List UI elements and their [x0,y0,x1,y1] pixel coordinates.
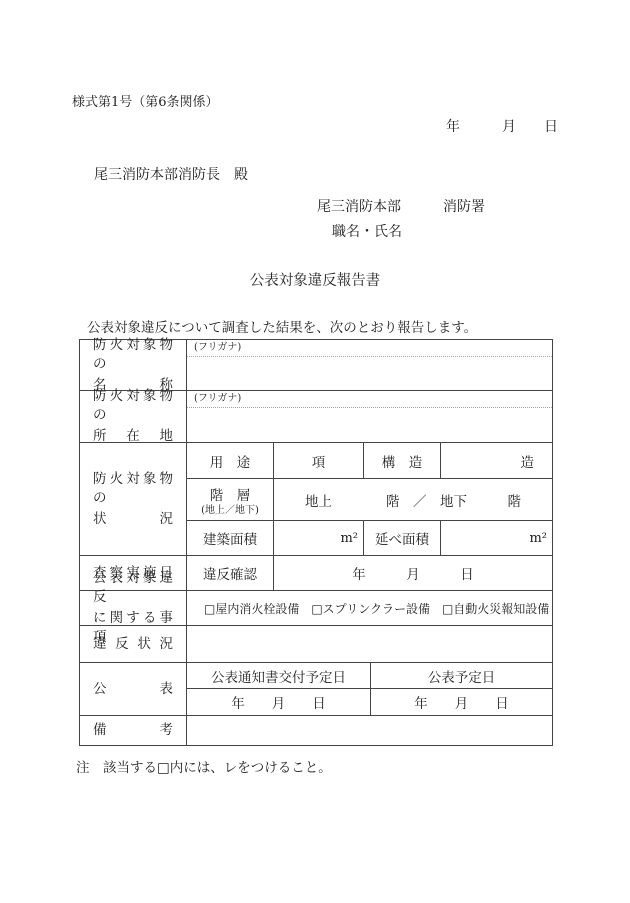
violation-items-label: 公表対象違反 に関する事項 [80,591,187,625]
checkbox-fire-alarm: □自動火災報知設備 [442,600,549,617]
inspection-date-cell: 年 月 日 [274,556,552,590]
structure-value-cell: 造 [441,443,552,478]
publication-subtable: 公表通知書交付予定日 公表予定日 年 月 日 年 月 日 [187,663,552,715]
publication-date-row: 年 月 日 年 月 日 [187,689,552,715]
status-floors-row: 階 層 (地上／地下) 地上 階 ／ 地下 階 [187,479,552,521]
address-furigana-label: (フリガナ) [187,391,552,408]
floors-label: 階 層 [210,484,251,504]
document-page: 様式第1号（第6条関係） 年 月 日 尾三消防本部消防長 殿 尾三消防本部 消防… [0,0,630,903]
inspection-cells: 違反確認 年 月 日 [187,556,552,590]
publication-label: 公表 [80,663,187,715]
table-row-name: 防火対象物の 名称 (フリガナ) [80,340,552,391]
name-input-area [187,357,552,390]
table-row-violation-items: 公表対象違反 に関する事項 □屋内消火栓設備 □スプリンクラー設備 □自動火災報… [80,591,552,626]
violation-confirm-label-cell: 違反確認 [187,556,274,590]
floors-value-cell: 地上 階 ／ 地下 階 [274,479,552,520]
status-subtable: 用 途 項 構 造 造 階 層 (地上／地下) 地上 階 ／ 地下 階 建築面積… [187,443,552,555]
publish-date-header-cell: 公表予定日 [371,663,552,688]
table-row-publication: 公表 公表通知書交付予定日 公表予定日 年 月 日 年 月 日 [80,663,552,716]
violation-status-input-area [187,626,552,662]
address-input-area [187,408,552,442]
violation-status-label: 違反状況 [80,626,187,662]
floors-label-note: (地上／地下) [201,505,259,516]
floors-label-cell: 階 層 (地上／地下) [187,479,274,520]
inspection-subtable: 違反確認 年 月 日 [187,556,552,590]
intro-sentence: 公表対象違反について調査した結果を、次のとおり報告します。 [87,316,477,336]
name-furigana-label: (フリガナ) [187,340,552,357]
table-row-remarks: 備考 [80,716,552,745]
addressee-line: 尾三消防本部消防長 殿 [94,164,248,184]
name-value-cell: (フリガナ) [187,340,552,390]
sender-organization: 尾三消防本部 消防署 [317,196,485,216]
violation-items-label-line1: 公表対象違反 [93,569,173,607]
footnote: 注 該当する□内には、レをつけること。 [76,756,332,776]
address-value-cell: (フリガナ) [187,391,552,442]
publish-date-cell: 年 月 日 [371,689,552,715]
report-date-blank: 年 月 日 [446,116,558,136]
table-row-status: 防火対象物の 状況 用 途 項 構 造 造 階 層 (地上／地下) 地上 階 ／… [80,443,552,556]
total-area-value-cell: m² [441,521,552,555]
document-title: 公表対象違反報告書 [0,269,630,290]
remarks-label: 備考 [80,716,187,745]
name-row-label: 防火対象物の 名称 [80,340,187,390]
violation-items-cell: □屋内消火栓設備 □スプリンクラー設備 □自動火災報知設備 [187,591,552,625]
checkbox-indoor-hydrant: □屋内消火栓設備 [204,600,299,617]
status-row-label: 防火対象物の 状況 [80,443,187,555]
table-row-violation-status: 違反状況 [80,626,552,663]
building-area-value-cell: m² [274,521,364,555]
name-row-label-line1: 防火対象物の [93,336,173,374]
publication-label-text: 公表 [93,680,173,699]
use-label-cell: 用 途 [187,443,274,478]
sender-name-label: 職名・氏名 [332,221,402,241]
status-area-row: 建築面積 m² 延べ面積 m² [187,521,552,555]
form-number: 様式第1号（第6条関係） [72,91,219,110]
violation-report-table: 防火対象物の 名称 (フリガナ) 防火対象物の 所在地 (フリガナ) 防火対象物… [79,339,553,746]
use-value-cell: 項 [274,443,364,478]
building-area-label-cell: 建築面積 [187,521,274,555]
checkbox-sprinkler: □スプリンクラー設備 [311,600,430,617]
status-row-label-line1: 防火対象物の [93,470,173,508]
status-row-label-line2: 状況 [93,510,173,529]
table-row-address: 防火対象物の 所在地 (フリガナ) [80,391,552,443]
notice-date-cell: 年 月 日 [187,689,371,715]
address-row-label-line1: 防火対象物の [93,387,173,425]
remarks-input-area [187,716,552,745]
address-row-label: 防火対象物の 所在地 [80,391,187,442]
status-use-structure-row: 用 途 項 構 造 造 [187,443,552,479]
publication-header-row: 公表通知書交付予定日 公表予定日 [187,663,552,689]
total-area-label-cell: 延べ面積 [364,521,441,555]
structure-label-cell: 構 造 [364,443,441,478]
remarks-label-text: 備考 [93,721,173,740]
notice-date-header-cell: 公表通知書交付予定日 [187,663,371,688]
violation-status-label-text: 違反状況 [93,635,173,654]
